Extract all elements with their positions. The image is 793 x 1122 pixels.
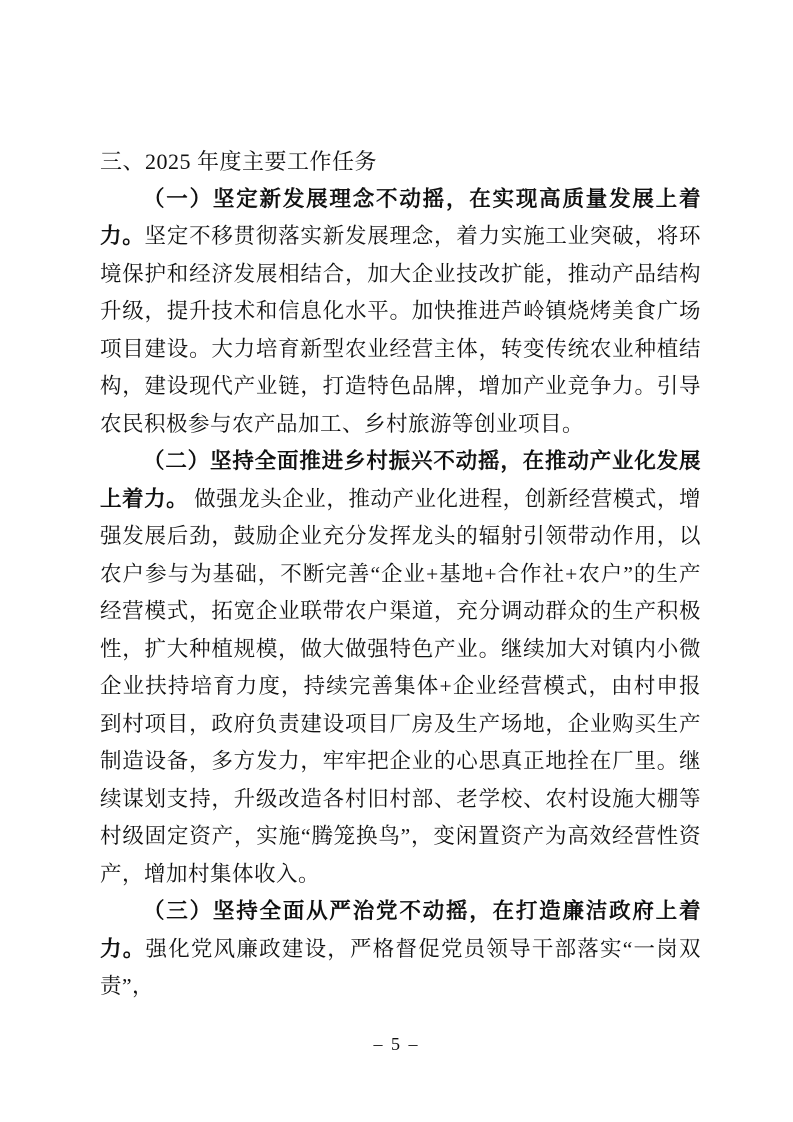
- paragraph-2-body: 做强龙头企业，推动产业化进程，创新经营模式，增强发展后劲，鼓励企业充分发挥龙头的…: [100, 487, 701, 886]
- paragraph-1-body: 坚定不移贯彻落实新发展理念，着力实施工业突破，将环境保护和经济发展相结合，加大企…: [100, 224, 701, 436]
- paragraph-1: （一）坚定新发展理念不动摇，在实现高质量发展上着力。坚定不移贯彻落实新发展理念，…: [100, 181, 701, 444]
- paragraph-3-body: 强化党风廉政建设，严格督促党员领导干部落实“一岗双责”，: [100, 937, 701, 999]
- paragraph-2: （二）坚持全面推进乡村振兴不动摇，在推动产业化发展上着力。 做强龙头企业，推动产…: [100, 443, 701, 893]
- document-page: 三、2025 年度主要工作任务 （一）坚定新发展理念不动摇，在实现高质量发展上着…: [0, 0, 793, 1122]
- paragraph-3: （三）坚持全面从严治党不动摇，在打造廉洁政府上着力。强化党风廉政建设，严格督促党…: [100, 893, 701, 1006]
- section-heading: 三、2025 年度主要工作任务: [100, 143, 701, 181]
- page-number: – 5 –: [0, 1032, 793, 1056]
